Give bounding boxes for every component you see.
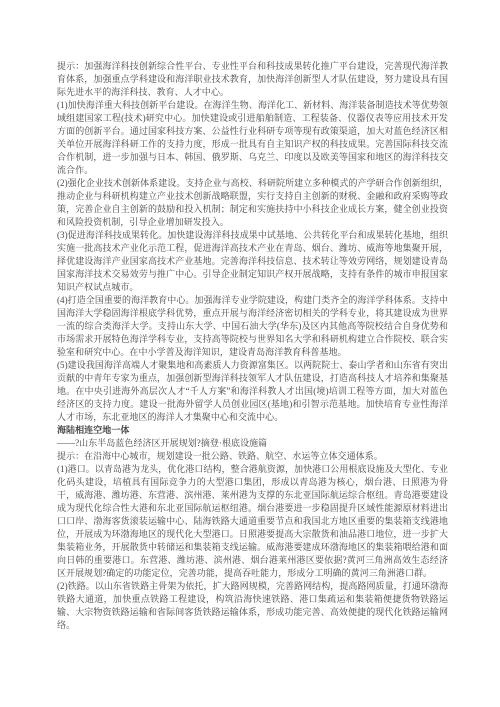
- paragraph: (2)铁路。以山东省铁路主骨架为依托，扩大路网规模，完善路网结构，提高路网质量，…: [57, 580, 448, 632]
- paragraph: (2)强化企业技术创新体系建设。支持企业与高校、科研院所建立多种模式的产学研合作…: [57, 177, 448, 229]
- section-heading: 海陆相连空地一体: [57, 424, 448, 437]
- paragraph: (3)促进海洋科技成果转化。加快建设海洋科技成果中试基地、公共转化平台和成果转化…: [57, 229, 448, 294]
- paragraph: (1)港口。以青岛港为龙头，优化港口结构，整合港航资源，加快港口公用根底设施及大…: [57, 463, 448, 580]
- document-text-blocks: 提示：加强海洋科技创新综合性平台、专业性平台和科技成果转化推广平台建设，完善现代…: [57, 60, 448, 632]
- paragraph: (4)打造全国重要的海洋教育中心。加强海洋专业学院建设，构建门类齐全的海洋学科体…: [57, 294, 448, 359]
- paragraph: ——?山东半岛蓝色经济区开展规划?摘登·根底设施篇: [57, 437, 448, 450]
- document-page: 提示：加强海洋科技创新综合性平台、专业性平台和科技成果转化推广平台建设，完善现代…: [57, 60, 448, 632]
- paragraph: 提示：在沿海中心城市，规划建设一批公路、铁路、航空、水运等立体交通体系。: [57, 450, 448, 463]
- paragraph: 提示：加强海洋科技创新综合性平台、专业性平台和科技成果转化推广平台建设，完善现代…: [57, 60, 448, 99]
- paragraph: (1)加快海洋重大科技创新平台建设。在海洋生物、海洋化工、新材料、海洋装备制造技…: [57, 99, 448, 177]
- paragraph: (5)建设我国海洋高端人才聚集地和高素质人力资源富集区。以两院院士、泰山学者和山…: [57, 359, 448, 424]
